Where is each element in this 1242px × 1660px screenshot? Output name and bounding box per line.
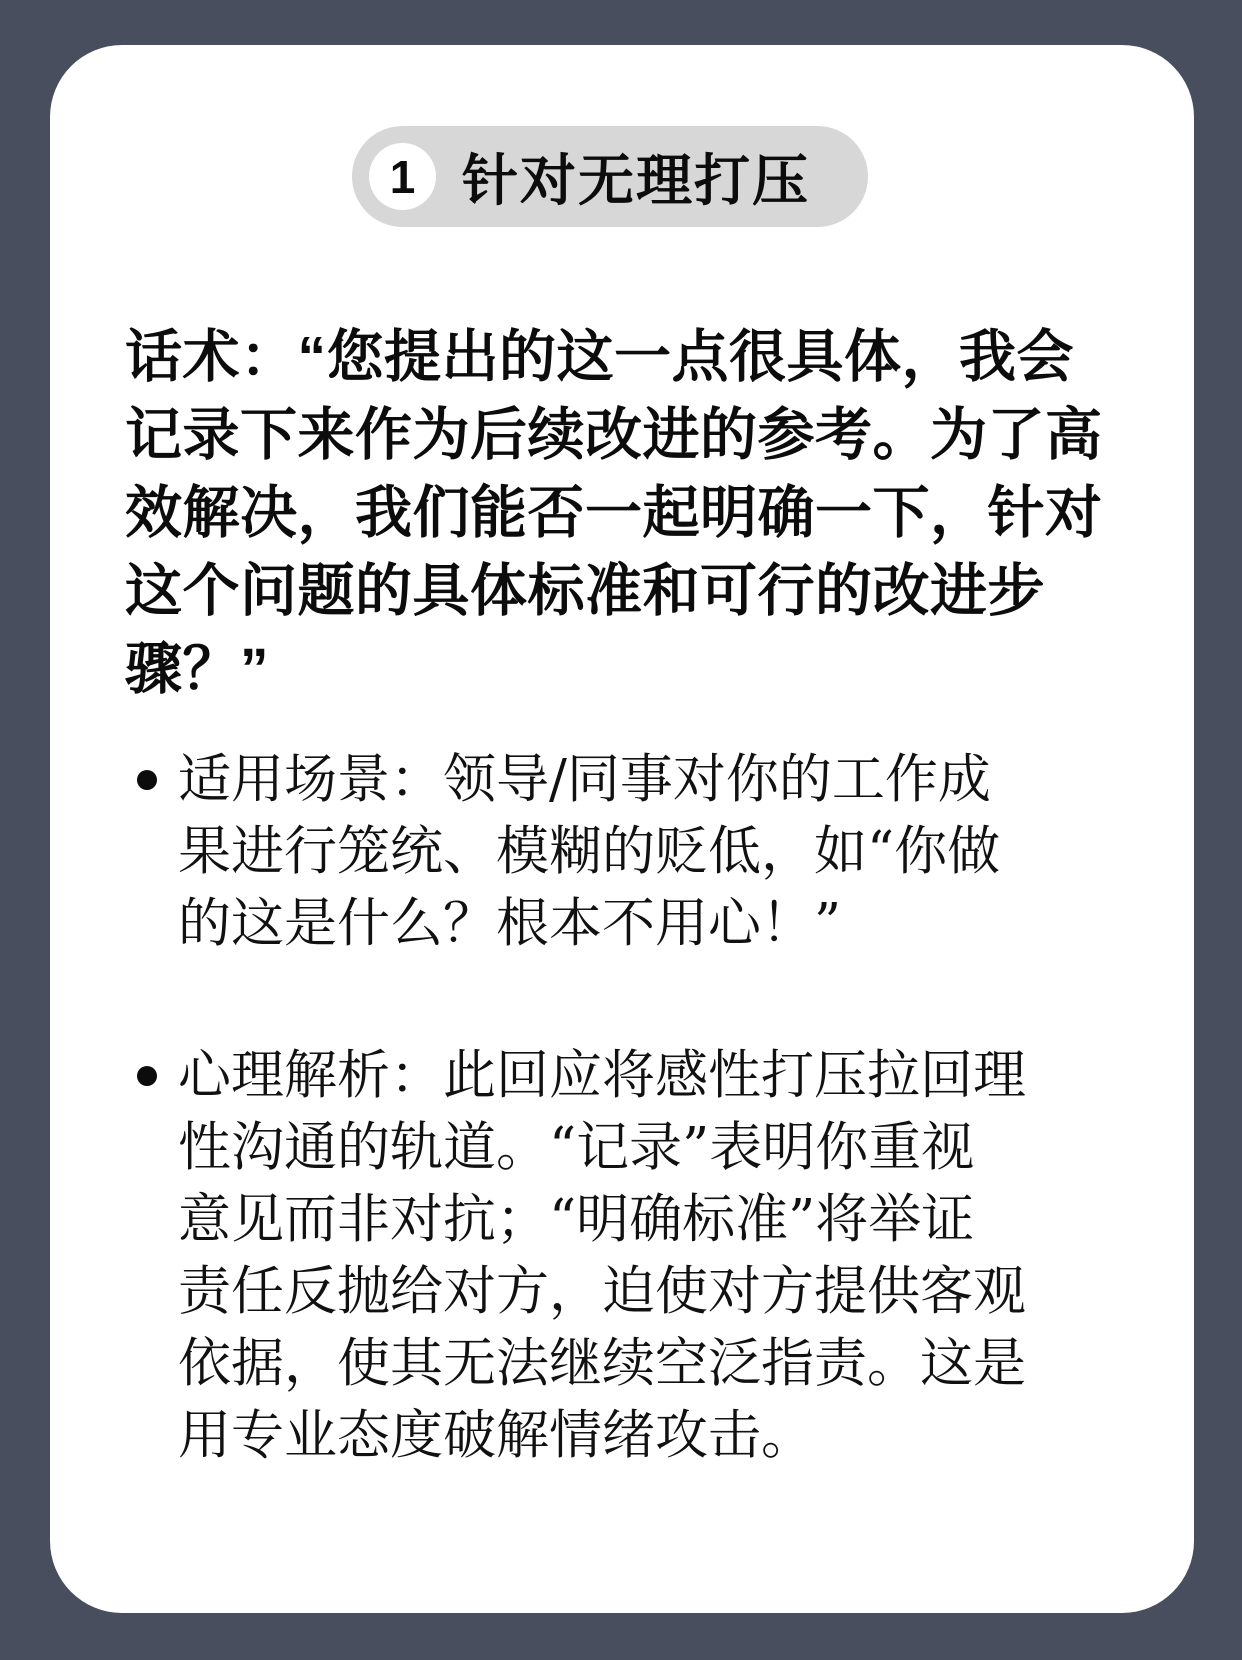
bullet-dot-icon [137, 770, 157, 790]
script-paragraph: 话术：“您提出的这一点很具体，我会 记录下来作为后续改进的参考。为了高 效解决，… [125, 318, 1124, 708]
bullet-item-scenario: 适用场景：领导/同事对你的工作成 果进行笼统、模糊的贬低，如“你做 的这是什么？… [125, 744, 1124, 960]
bullet-text-scenario: 适用场景：领导/同事对你的工作成 果进行笼统、模糊的贬低，如“你做 的这是什么？… [178, 744, 1124, 960]
content-card: 1 针对无理打压 话术：“您提出的这一点很具体，我会 记录下来作为后续改进的参考… [50, 45, 1194, 1613]
bullet-item-analysis: 心理解析：此回应将感性打压拉回理 性沟通的轨道。“记录”表明你重视 意见而非对抗… [125, 1040, 1124, 1472]
section-number: 1 [390, 154, 416, 200]
section-title: 针对无理打压 [462, 137, 810, 217]
bullet-text-analysis: 心理解析：此回应将感性打压拉回理 性沟通的轨道。“记录”表明你重视 意见而非对抗… [178, 1040, 1124, 1472]
section-badge: 1 针对无理打压 [352, 126, 868, 227]
section-number-circle: 1 [369, 143, 436, 210]
bullet-dot-icon [137, 1066, 157, 1086]
bullet-list: 适用场景：领导/同事对你的工作成 果进行笼统、模糊的贬低，如“你做 的这是什么？… [125, 744, 1124, 1472]
page-background: 1 针对无理打压 话术：“您提出的这一点很具体，我会 记录下来作为后续改进的参考… [0, 0, 1242, 1660]
